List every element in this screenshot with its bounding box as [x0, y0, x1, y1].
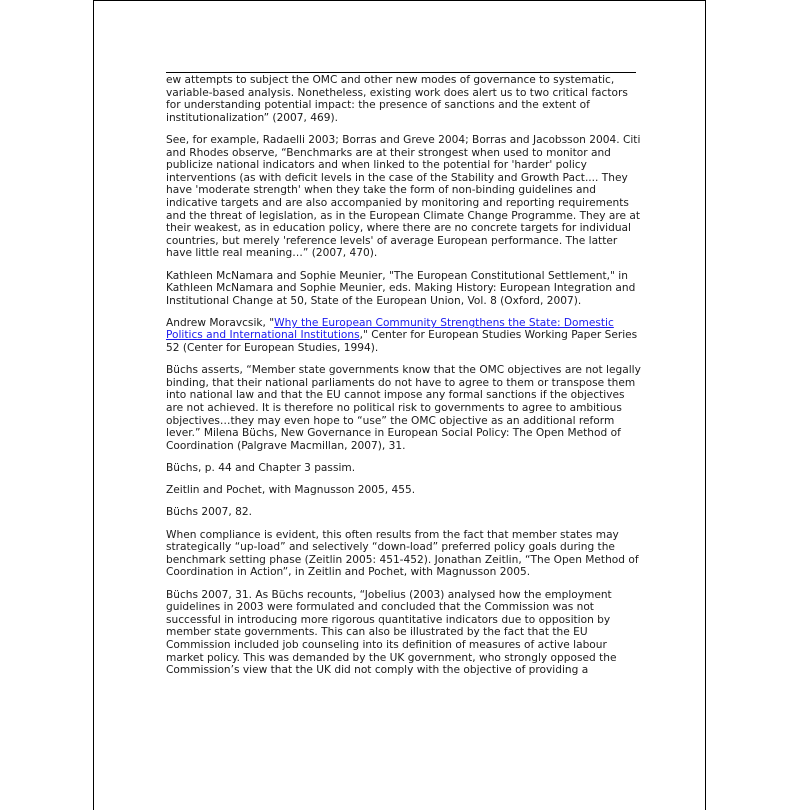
footnote-moravcsik: Andrew Moravcsik, "Why the European Comm… — [166, 317, 641, 355]
footnote-continued: ew attempts to subject the OMC and other… — [166, 74, 641, 124]
footnote-buchs-asserts: Büchs asserts, “Member state governments… — [166, 364, 641, 452]
footnote-radaelli: See, for example, Radaelli 2003; Borras … — [166, 134, 641, 260]
footnotes-area: ew attempts to subject the OMC and other… — [166, 71, 641, 686]
footnote-buchs-31: Büchs 2007, 31. As Büchs recounts, “Jobe… — [166, 589, 641, 677]
footnote-buchs-p44: Büchs, p. 44 and Chapter 3 passim. — [166, 462, 641, 475]
footnote-mcnamara: Kathleen McNamara and Sophie Meunier, "T… — [166, 270, 641, 308]
footnote-compliance: When compliance is evident, this often r… — [166, 529, 641, 579]
document-page: ew attempts to subject the OMC and other… — [93, 0, 706, 800]
footnote-moravcsik-before: Andrew Moravcsik, " — [166, 317, 274, 329]
footnote-buchs-82: Büchs 2007, 82. — [166, 506, 641, 519]
footnote-zeitlin-pochet: Zeitlin and Pochet, with Magnusson 2005,… — [166, 484, 641, 497]
